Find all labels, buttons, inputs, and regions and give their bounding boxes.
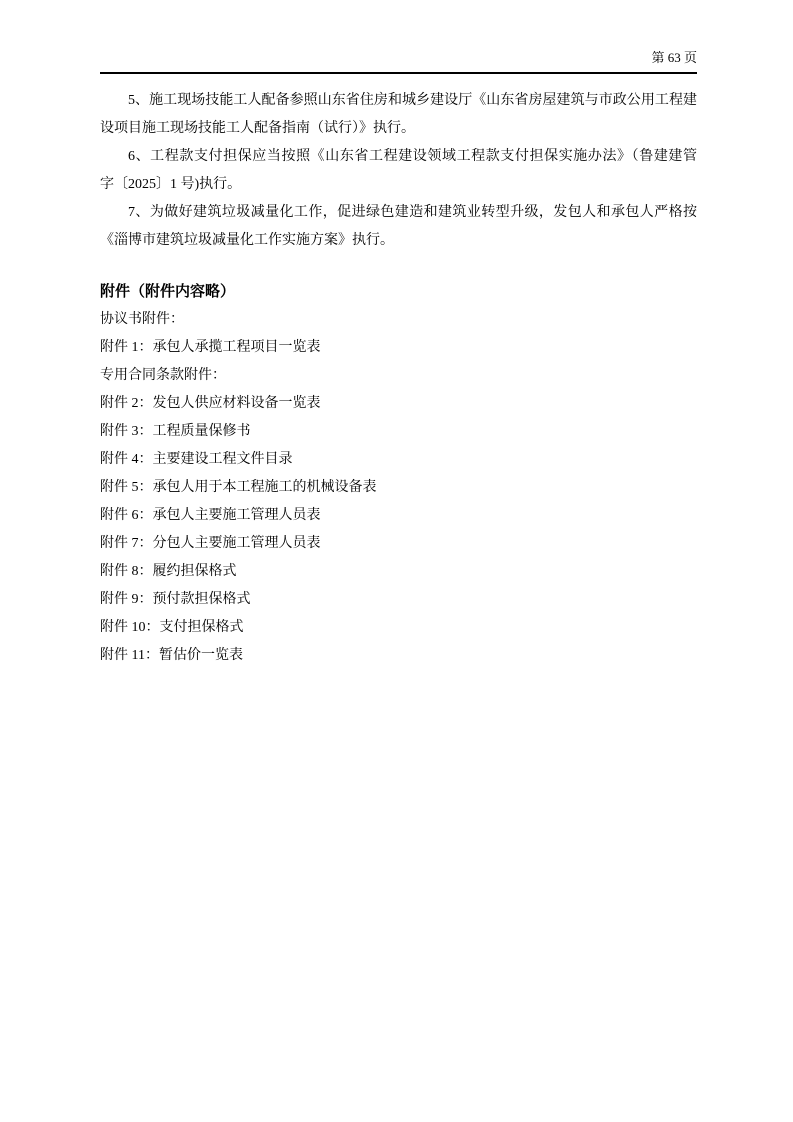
page-header: 第 63 页 [100,0,697,65]
page-number: 第 63 页 [651,50,697,65]
header-rule [100,72,697,74]
document-page: 第 63 页 5、施工现场技能工人配备参照山东省住房和城乡建设厅《山东省房屋建筑… [0,0,793,1122]
attachment-list-item: 附件 11：暂估价一览表 [100,642,697,670]
attachment-list-item: 附件 3：工程质量保修书 [100,418,697,446]
attachment-list-item: 专用合同条款附件： [100,362,697,390]
paragraph-line: 6、工程款支付担保应当按照《山东省工程建设领域工程款支付担保实施办法》（鲁建建管 [100,143,697,171]
attachment-list-item: 附件 10：支付担保格式 [100,614,697,642]
attachment-list-item: 附件 5：承包人用于本工程施工的机械设备表 [100,474,697,502]
page-content: 第 63 页 5、施工现场技能工人配备参照山东省住房和城乡建设厅《山东省房屋建筑… [100,0,697,670]
document-body: 5、施工现场技能工人配备参照山东省住房和城乡建设厅《山东省房屋建筑与市政公用工程… [100,87,697,255]
paragraph-line: 7、为做好建筑垃圾减量化工作，促进绿色建造和建筑业转型升级，发包人和承包人严格按 [100,199,697,227]
attachment-list-item: 附件 9：预付款担保格式 [100,586,697,614]
paragraph-line: 5、施工现场技能工人配备参照山东省住房和城乡建设厅《山东省房屋建筑与市政公用工程… [100,87,697,115]
paragraph-clause-7: 7、为做好建筑垃圾减量化工作，促进绿色建造和建筑业转型升级，发包人和承包人严格按… [100,199,697,255]
attachment-list-item: 附件 6：承包人主要施工管理人员表 [100,502,697,530]
attachment-list-item: 附件 8：履约担保格式 [100,558,697,586]
attachment-list-item: 附件 1：承包人承揽工程项目一览表 [100,334,697,362]
paragraph-line: 字〔2025〕1 号)执行。 [100,171,697,199]
attachments-heading: 附件（附件内容略） [100,278,697,306]
paragraph-line: 设项目施工现场技能工人配备指南（试行）》执行。 [100,115,697,143]
attachment-list-item: 附件 7：分包人主要施工管理人员表 [100,530,697,558]
attachment-list-item: 附件 4：主要建设工程文件目录 [100,446,697,474]
paragraph-line: 《淄博市建筑垃圾减量化工作实施方案》执行。 [100,227,697,255]
attachment-list-item: 协议书附件： [100,306,697,334]
attachment-list-item: 附件 2：发包人供应材料设备一览表 [100,390,697,418]
paragraph-clause-6: 6、工程款支付担保应当按照《山东省工程建设领域工程款支付担保实施办法》（鲁建建管… [100,143,697,199]
attachments-section: 附件（附件内容略） 协议书附件： 附件 1：承包人承揽工程项目一览表 专用合同条… [100,278,697,670]
paragraph-clause-5: 5、施工现场技能工人配备参照山东省住房和城乡建设厅《山东省房屋建筑与市政公用工程… [100,87,697,143]
